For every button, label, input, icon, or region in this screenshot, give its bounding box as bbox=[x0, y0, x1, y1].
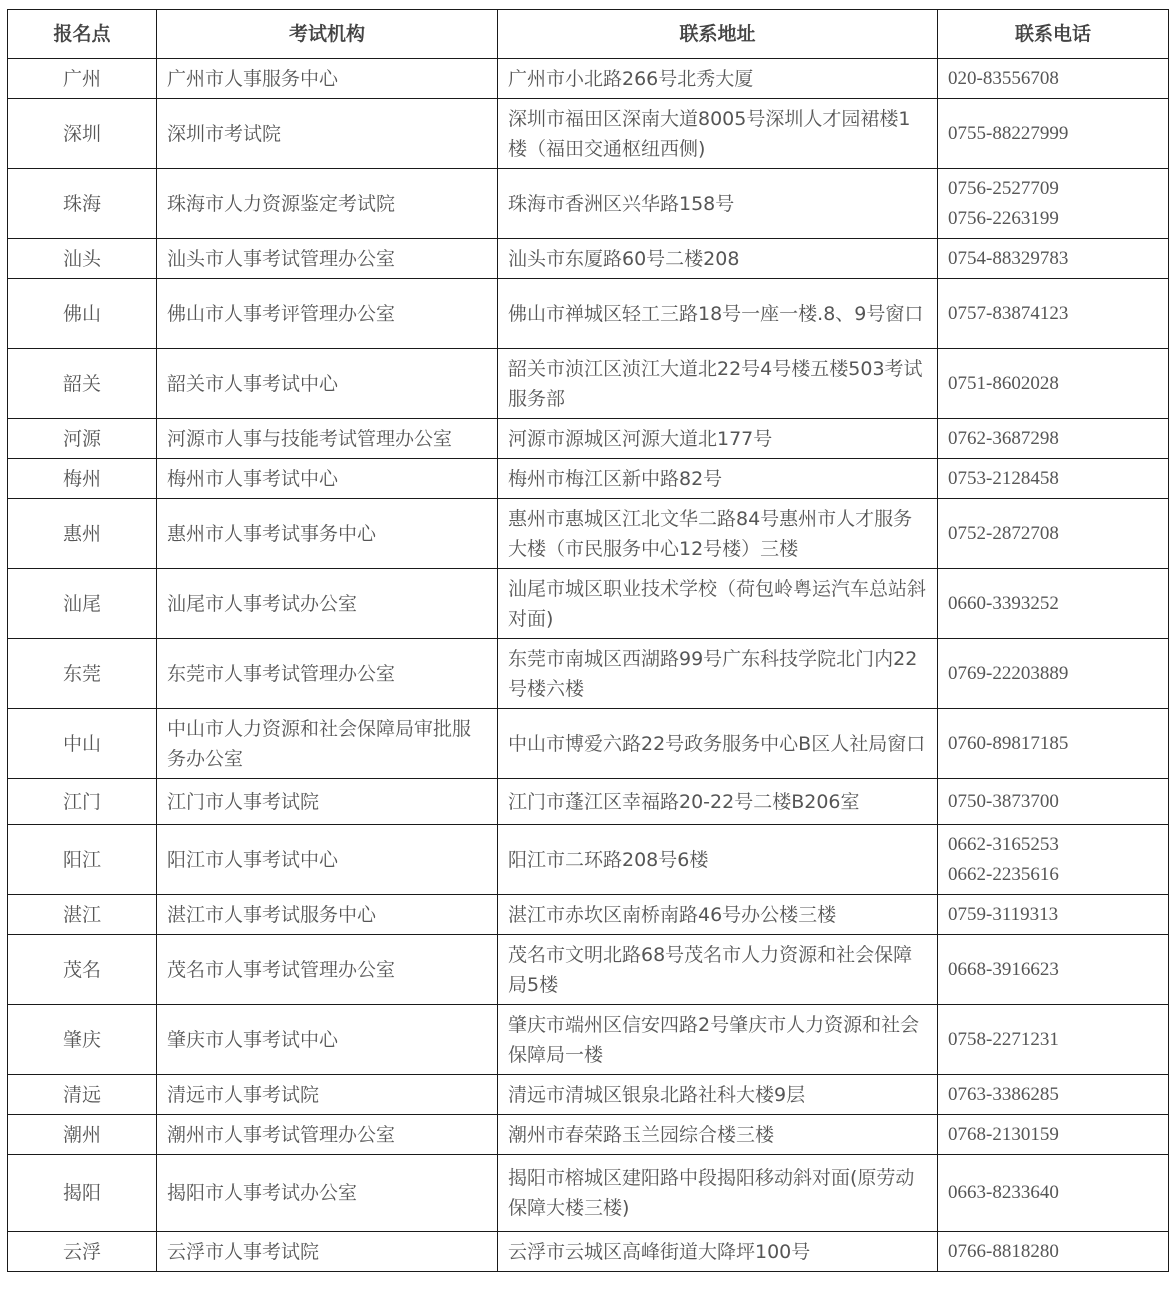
table-row: 中山 中山市人力资源和社会保障局审批服务办公室 中山市博爱六路22号政务服务中心… bbox=[8, 709, 1169, 779]
phone-number: 0754-88329783 bbox=[948, 244, 1158, 274]
table-row: 汕头 汕头市人事考试管理办公室 汕头市东厦路60号二楼208 0754-8832… bbox=[8, 239, 1169, 279]
address-cell: 潮州市春荣路玉兰园综合楼三楼 bbox=[498, 1115, 938, 1155]
address-cell: 肇庆市端州区信安四路2号肇庆市人力资源和社会保障局一楼 bbox=[498, 1005, 938, 1075]
phone-cell: 0754-88329783 bbox=[938, 239, 1169, 279]
org-cell: 梅州市人事考试中心 bbox=[157, 459, 498, 499]
city-cell: 梅州 bbox=[8, 459, 157, 499]
table-row: 河源 河源市人事与技能考试管理办公室 河源市源城区河源大道北177号 0762-… bbox=[8, 419, 1169, 459]
address-cell: 茂名市文明北路68号茂名市人力资源和社会保障局5楼 bbox=[498, 935, 938, 1005]
city-cell: 揭阳 bbox=[8, 1155, 157, 1232]
phone-number: 0755-88227999 bbox=[948, 119, 1158, 149]
phone-cell: 0660-3393252 bbox=[938, 569, 1169, 639]
phone-number: 0756-2263199 bbox=[948, 204, 1158, 234]
table-row: 东莞 东莞市人事考试管理办公室 东莞市南城区西湖路99号广东科技学院北门内22号… bbox=[8, 639, 1169, 709]
table-row: 梅州 梅州市人事考试中心 梅州市梅江区新中路82号 0753-2128458 bbox=[8, 459, 1169, 499]
city-cell: 中山 bbox=[8, 709, 157, 779]
phone-cell: 0755-88227999 bbox=[938, 99, 1169, 169]
phone-cell: 0758-2271231 bbox=[938, 1005, 1169, 1075]
city-cell: 深圳 bbox=[8, 99, 157, 169]
table-row: 惠州 惠州市人事考试事务中心 惠州市惠城区江北文华二路84号惠州市人才服务大楼（… bbox=[8, 499, 1169, 569]
phone-cell: 0757-83874123 bbox=[938, 279, 1169, 349]
table-row: 深圳 深圳市考试院 深圳市福田区深南大道8005号深圳人才园裙楼1楼（福田交通枢… bbox=[8, 99, 1169, 169]
phone-number: 0766-8818280 bbox=[948, 1237, 1158, 1267]
table-row: 肇庆 肇庆市人事考试中心 肇庆市端州区信安四路2号肇庆市人力资源和社会保障局一楼… bbox=[8, 1005, 1169, 1075]
phone-cell: 0762-3687298 bbox=[938, 419, 1169, 459]
phone-number: 0769-22203889 bbox=[948, 659, 1158, 689]
phone-number: 0751-8602028 bbox=[948, 369, 1158, 399]
org-cell: 江门市人事考试院 bbox=[157, 779, 498, 825]
table-row: 潮州 潮州市人事考试管理办公室 潮州市春荣路玉兰园综合楼三楼 0768-2130… bbox=[8, 1115, 1169, 1155]
phone-number: 0660-3393252 bbox=[948, 589, 1158, 619]
city-cell: 珠海 bbox=[8, 169, 157, 239]
org-cell: 深圳市考试院 bbox=[157, 99, 498, 169]
address-cell: 梅州市梅江区新中路82号 bbox=[498, 459, 938, 499]
city-cell: 茂名 bbox=[8, 935, 157, 1005]
phone-cell: 0668-3916623 bbox=[938, 935, 1169, 1005]
phone-cell: 0751-8602028 bbox=[938, 349, 1169, 419]
city-cell: 江门 bbox=[8, 779, 157, 825]
phone-number: 0758-2271231 bbox=[948, 1025, 1158, 1055]
city-cell: 清远 bbox=[8, 1075, 157, 1115]
phone-cell: 0750-3873700 bbox=[938, 779, 1169, 825]
org-cell: 阳江市人事考试中心 bbox=[157, 825, 498, 895]
org-cell: 肇庆市人事考试中心 bbox=[157, 1005, 498, 1075]
city-cell: 佛山 bbox=[8, 279, 157, 349]
phone-number: 020-83556708 bbox=[948, 64, 1158, 94]
phone-number: 0760-89817185 bbox=[948, 729, 1158, 759]
phone-cell: 0763-3386285 bbox=[938, 1075, 1169, 1115]
org-cell: 惠州市人事考试事务中心 bbox=[157, 499, 498, 569]
org-cell: 广州市人事服务中心 bbox=[157, 59, 498, 99]
org-cell: 中山市人力资源和社会保障局审批服务办公室 bbox=[157, 709, 498, 779]
address-cell: 阳江市二环路208号6楼 bbox=[498, 825, 938, 895]
city-cell: 惠州 bbox=[8, 499, 157, 569]
phone-number: 0750-3873700 bbox=[948, 787, 1158, 817]
address-cell: 江门市蓬江区幸福路20-22号二楼B206室 bbox=[498, 779, 938, 825]
address-cell: 清远市清城区银泉北路社科大楼9层 bbox=[498, 1075, 938, 1115]
phone-cell: 0766-8818280 bbox=[938, 1232, 1169, 1272]
org-cell: 云浮市人事考试院 bbox=[157, 1232, 498, 1272]
table-row: 揭阳 揭阳市人事考试办公室 揭阳市榕城区建阳路中段揭阳移动斜对面(原劳动保障大楼… bbox=[8, 1155, 1169, 1232]
org-cell: 湛江市人事考试服务中心 bbox=[157, 895, 498, 935]
org-cell: 潮州市人事考试管理办公室 bbox=[157, 1115, 498, 1155]
phone-number: 0663-8233640 bbox=[948, 1178, 1158, 1208]
table-row: 佛山 佛山市人事考评管理办公室 佛山市禅城区轻工三路18号一座一楼.8、9号窗口… bbox=[8, 279, 1169, 349]
phone-cell: 0663-8233640 bbox=[938, 1155, 1169, 1232]
header-exam-agency: 考试机构 bbox=[157, 10, 498, 59]
city-cell: 汕尾 bbox=[8, 569, 157, 639]
org-cell: 汕尾市人事考试办公室 bbox=[157, 569, 498, 639]
phone-number: 0662-3165253 bbox=[948, 830, 1158, 860]
city-cell: 韶关 bbox=[8, 349, 157, 419]
address-cell: 珠海市香洲区兴华路158号 bbox=[498, 169, 938, 239]
table-row: 韶关 韶关市人事考试中心 韶关市浈江区浈江大道北22号4号楼五楼503考试服务部… bbox=[8, 349, 1169, 419]
header-contact-address: 联系地址 bbox=[498, 10, 938, 59]
table-row: 茂名 茂名市人事考试管理办公室 茂名市文明北路68号茂名市人力资源和社会保障局5… bbox=[8, 935, 1169, 1005]
phone-cell: 0769-22203889 bbox=[938, 639, 1169, 709]
phone-cell: 0662-31652530662-2235616 bbox=[938, 825, 1169, 895]
table-row: 阳江 阳江市人事考试中心 阳江市二环路208号6楼 0662-316525306… bbox=[8, 825, 1169, 895]
org-cell: 佛山市人事考评管理办公室 bbox=[157, 279, 498, 349]
city-cell: 东莞 bbox=[8, 639, 157, 709]
table-row: 江门 江门市人事考试院 江门市蓬江区幸福路20-22号二楼B206室 0750-… bbox=[8, 779, 1169, 825]
org-cell: 揭阳市人事考试办公室 bbox=[157, 1155, 498, 1232]
city-cell: 汕头 bbox=[8, 239, 157, 279]
exam-contact-table: 报名点 考试机构 联系地址 联系电话 广州 广州市人事服务中心 广州市小北路26… bbox=[7, 9, 1169, 1272]
phone-number: 0763-3386285 bbox=[948, 1080, 1158, 1110]
address-cell: 韶关市浈江区浈江大道北22号4号楼五楼503考试服务部 bbox=[498, 349, 938, 419]
address-cell: 佛山市禅城区轻工三路18号一座一楼.8、9号窗口 bbox=[498, 279, 938, 349]
phone-number: 0762-3687298 bbox=[948, 424, 1158, 454]
phone-cell: 0756-25277090756-2263199 bbox=[938, 169, 1169, 239]
phone-number: 0759-3119313 bbox=[948, 900, 1158, 930]
phone-cell: 020-83556708 bbox=[938, 59, 1169, 99]
phone-cell: 0768-2130159 bbox=[938, 1115, 1169, 1155]
phone-number: 0756-2527709 bbox=[948, 174, 1158, 204]
city-cell: 潮州 bbox=[8, 1115, 157, 1155]
org-cell: 河源市人事与技能考试管理办公室 bbox=[157, 419, 498, 459]
city-cell: 云浮 bbox=[8, 1232, 157, 1272]
city-cell: 河源 bbox=[8, 419, 157, 459]
address-cell: 东莞市南城区西湖路99号广东科技学院北门内22号楼六楼 bbox=[498, 639, 938, 709]
city-cell: 湛江 bbox=[8, 895, 157, 935]
phone-number: 0753-2128458 bbox=[948, 464, 1158, 494]
org-cell: 韶关市人事考试中心 bbox=[157, 349, 498, 419]
phone-cell: 0760-89817185 bbox=[938, 709, 1169, 779]
address-cell: 广州市小北路266号北秀大厦 bbox=[498, 59, 938, 99]
phone-number: 0668-3916623 bbox=[948, 955, 1158, 985]
address-cell: 河源市源城区河源大道北177号 bbox=[498, 419, 938, 459]
phone-number: 0662-2235616 bbox=[948, 860, 1158, 890]
phone-cell: 0759-3119313 bbox=[938, 895, 1169, 935]
phone-number: 0757-83874123 bbox=[948, 299, 1158, 329]
org-cell: 茂名市人事考试管理办公室 bbox=[157, 935, 498, 1005]
address-cell: 汕头市东厦路60号二楼208 bbox=[498, 239, 938, 279]
address-cell: 深圳市福田区深南大道8005号深圳人才园裙楼1楼（福田交通枢纽西侧) bbox=[498, 99, 938, 169]
city-cell: 肇庆 bbox=[8, 1005, 157, 1075]
org-cell: 汕头市人事考试管理办公室 bbox=[157, 239, 498, 279]
phone-number: 0768-2130159 bbox=[948, 1120, 1158, 1150]
address-cell: 中山市博爱六路22号政务服务中心B区人社局窗口 bbox=[498, 709, 938, 779]
phone-cell: 0753-2128458 bbox=[938, 459, 1169, 499]
table-header-row: 报名点 考试机构 联系地址 联系电话 bbox=[8, 10, 1169, 59]
header-registration-point: 报名点 bbox=[8, 10, 157, 59]
address-cell: 惠州市惠城区江北文华二路84号惠州市人才服务大楼（市民服务中心12号楼）三楼 bbox=[498, 499, 938, 569]
address-cell: 云浮市云城区高峰街道大降坪100号 bbox=[498, 1232, 938, 1272]
table-row: 广州 广州市人事服务中心 广州市小北路266号北秀大厦 020-83556708 bbox=[8, 59, 1169, 99]
address-cell: 湛江市赤坎区南桥南路46号办公楼三楼 bbox=[498, 895, 938, 935]
phone-cell: 0752-2872708 bbox=[938, 499, 1169, 569]
city-cell: 阳江 bbox=[8, 825, 157, 895]
table-row: 珠海 珠海市人力资源鉴定考试院 珠海市香洲区兴华路158号 0756-25277… bbox=[8, 169, 1169, 239]
table-row: 云浮 云浮市人事考试院 云浮市云城区高峰街道大降坪100号 0766-88182… bbox=[8, 1232, 1169, 1272]
table-row: 清远 清远市人事考试院 清远市清城区银泉北路社科大楼9层 0763-338628… bbox=[8, 1075, 1169, 1115]
phone-number: 0752-2872708 bbox=[948, 519, 1158, 549]
table-row: 湛江 湛江市人事考试服务中心 湛江市赤坎区南桥南路46号办公楼三楼 0759-3… bbox=[8, 895, 1169, 935]
city-cell: 广州 bbox=[8, 59, 157, 99]
header-contact-phone: 联系电话 bbox=[938, 10, 1169, 59]
org-cell: 清远市人事考试院 bbox=[157, 1075, 498, 1115]
address-cell: 汕尾市城区职业技术学校（荷包岭粤运汽车总站斜对面) bbox=[498, 569, 938, 639]
address-cell: 揭阳市榕城区建阳路中段揭阳移动斜对面(原劳动保障大楼三楼) bbox=[498, 1155, 938, 1232]
org-cell: 东莞市人事考试管理办公室 bbox=[157, 639, 498, 709]
org-cell: 珠海市人力资源鉴定考试院 bbox=[157, 169, 498, 239]
table-row: 汕尾 汕尾市人事考试办公室 汕尾市城区职业技术学校（荷包岭粤运汽车总站斜对面) … bbox=[8, 569, 1169, 639]
